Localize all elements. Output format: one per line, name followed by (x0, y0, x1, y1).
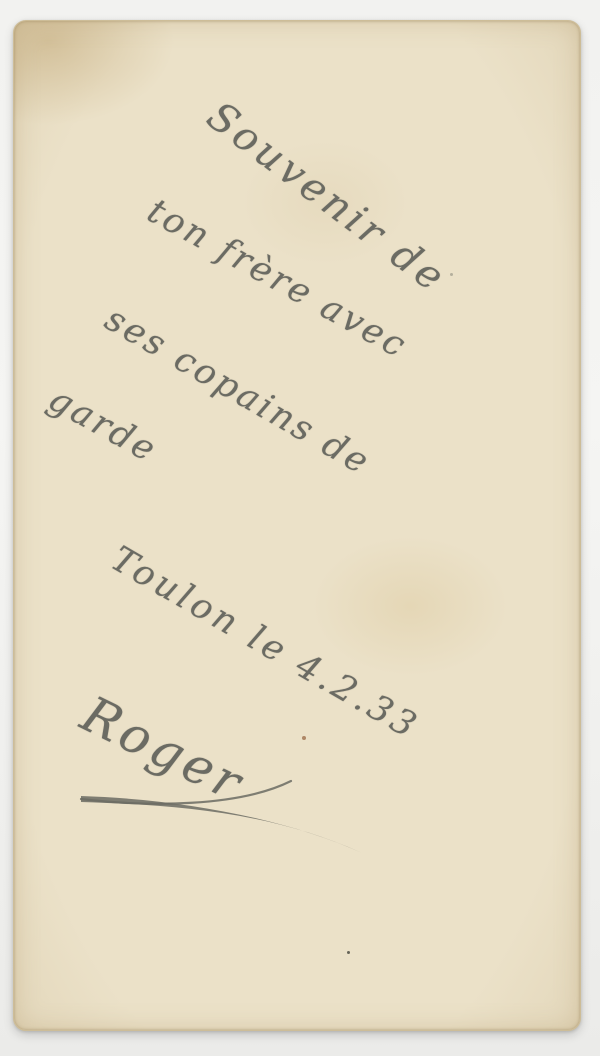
paper-speck-1 (302, 736, 306, 740)
handwriting-line-4: garde (42, 379, 165, 471)
postcard-back: Souvenir de ton frère avec ses copains d… (13, 20, 581, 1031)
paper-speck-2 (347, 951, 350, 954)
paper-speck-3 (450, 273, 453, 276)
signature: Roger (73, 685, 254, 813)
photo-backdrop: Souvenir de ton frère avec ses copains d… (0, 0, 600, 1056)
